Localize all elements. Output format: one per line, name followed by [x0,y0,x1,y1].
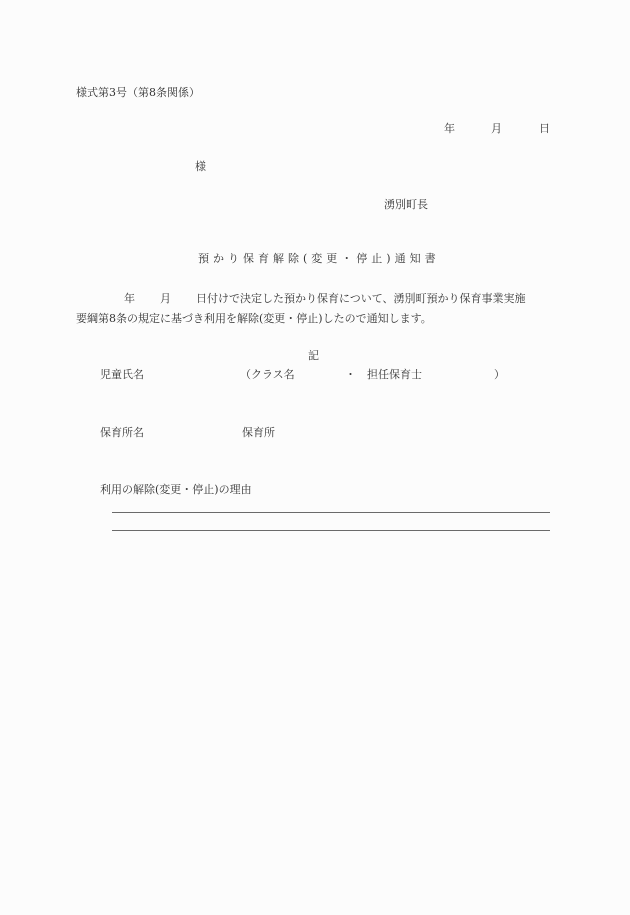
document-title: 預かり保育解除(変更・停止)通知書 [198,252,440,266]
body-month-label: 月 [160,292,171,306]
reason-line-1 [112,512,550,513]
nursery-name-label: 保育所名 [100,426,144,440]
body-line1-text: 日付けで決定した預かり保育について、湧別町預かり保育事業実施 [196,292,526,306]
body-line2-text: 要綱第8条の規定に基づき利用を解除(変更・停止)したので通知します。 [76,312,432,326]
form-number: 様式第3号（第8条関係） [76,86,200,100]
date-year-label: 年 [444,122,455,136]
issuer-name: 湧別町長 [384,198,428,212]
class-name-label: （クラス名 [240,368,295,382]
teacher-label: 担任保育士 [367,368,422,382]
nursery-suffix: 保育所 [242,426,275,440]
body-year-label: 年 [124,292,135,306]
reason-line-2 [112,530,550,531]
reason-label: 利用の解除(変更・停止)の理由 [100,483,252,497]
date-month-label: 月 [491,122,502,136]
child-name-label: 児童氏名 [100,368,144,382]
date-day-label: 日 [539,122,550,136]
addressee-suffix: 様 [195,160,206,174]
close-paren: ） [494,368,505,382]
field-separator: ・ [345,368,356,382]
ki-heading: 記 [308,349,319,363]
